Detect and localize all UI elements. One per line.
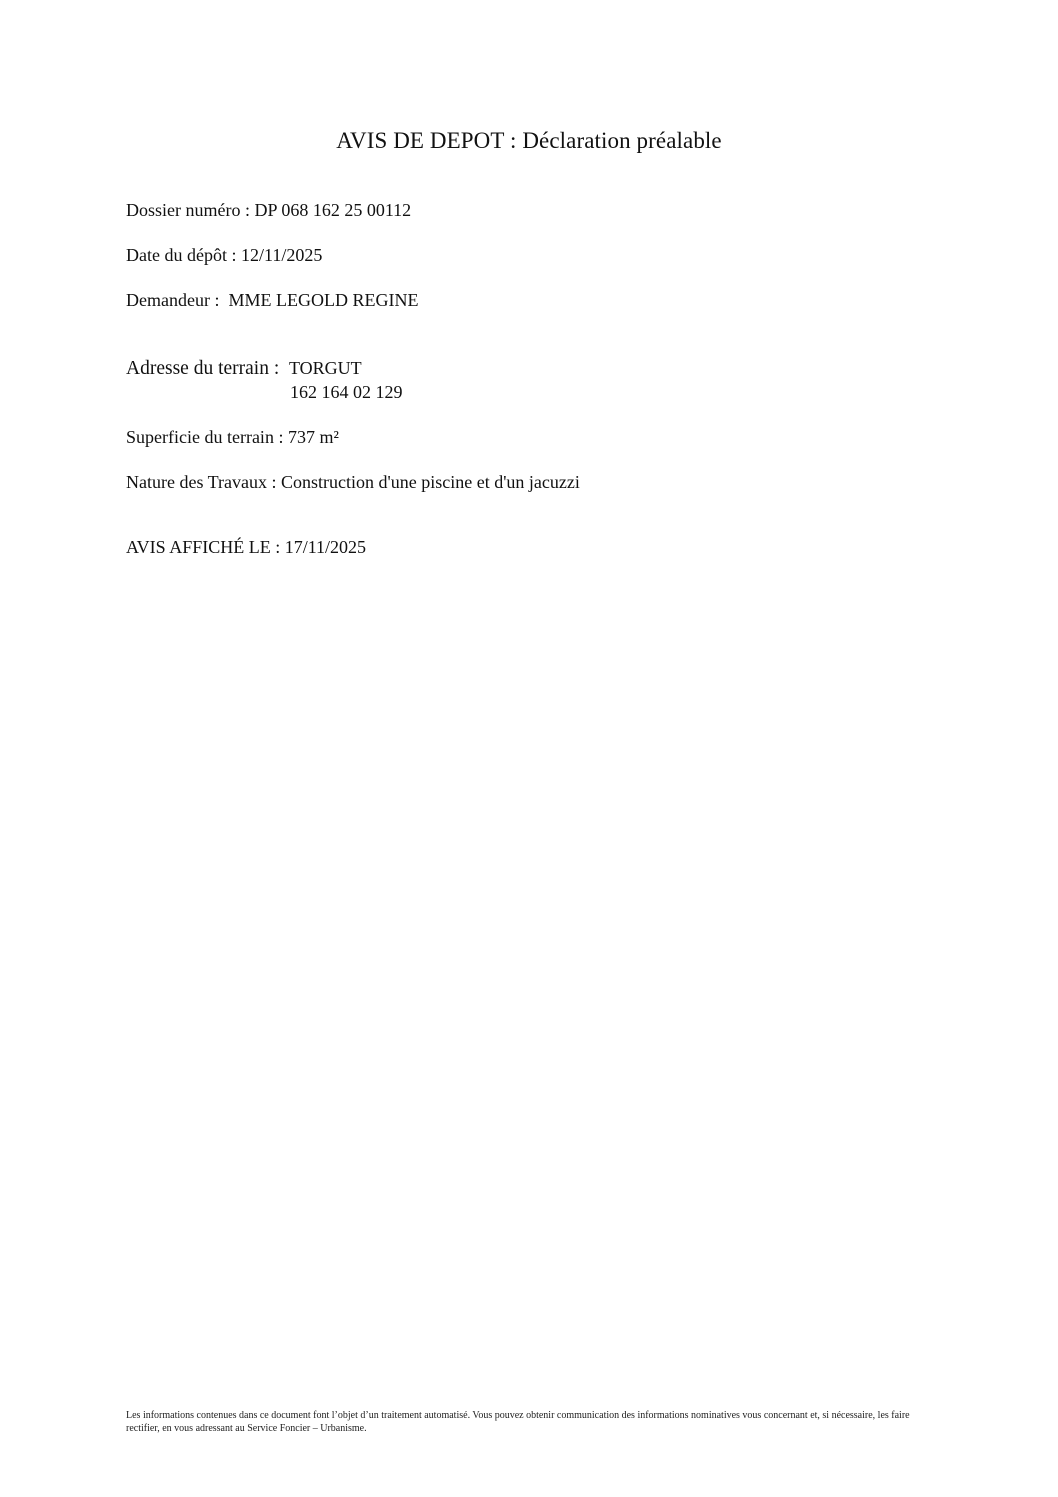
notice-posted-label: AVIS AFFICHÉ LE : — [126, 537, 285, 557]
land-area-value: 737 m² — [288, 427, 339, 447]
land-area-label: Superficie du terrain : — [126, 427, 288, 447]
works-nature-label: Nature des Travaux : — [126, 472, 281, 492]
deposit-date-line: Date du dépôt : 12/11/2025 — [126, 244, 322, 266]
land-address-parcel: 162 164 02 129 — [290, 381, 403, 403]
land-area-line: Superficie du terrain : 737 m² — [126, 426, 339, 448]
applicant-label: Demandeur : — [126, 290, 228, 310]
dossier-number-value: DP 068 162 25 00112 — [254, 200, 411, 220]
land-address-line: Adresse du terrain : TORGUT — [126, 357, 362, 380]
notice-posted-line: AVIS AFFICHÉ LE : 17/11/2025 — [126, 536, 366, 558]
notice-posted-value: 17/11/2025 — [285, 537, 366, 557]
applicant-line: Demandeur : MME LEGOLD REGINE — [126, 289, 418, 311]
deposit-date-label: Date du dépôt : — [126, 245, 241, 265]
document-title: AVIS DE DEPOT : Déclaration préalable — [0, 126, 1058, 156]
works-nature-line: Nature des Travaux : Construction d'une … — [126, 471, 580, 493]
deposit-date-value: 12/11/2025 — [241, 245, 322, 265]
dossier-number-line: Dossier numéro : DP 068 162 25 00112 — [126, 199, 411, 221]
applicant-value: MME LEGOLD REGINE — [228, 290, 418, 310]
dossier-number-label: Dossier numéro : — [126, 200, 254, 220]
land-address-label: Adresse du terrain : — [126, 358, 289, 379]
land-address-value: TORGUT — [289, 358, 362, 378]
works-nature-value: Construction d'une piscine et d'un jacuz… — [281, 472, 580, 492]
privacy-footer-note: Les informations contenues dans ce docum… — [126, 1409, 936, 1435]
